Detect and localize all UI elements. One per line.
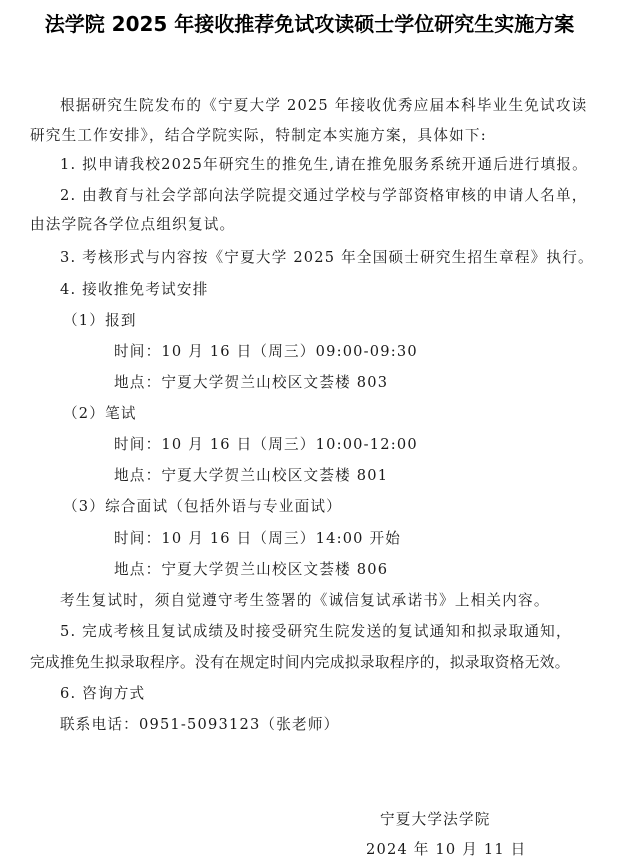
item-3: 3. 考核形式与内容按《宁夏大学 2025 年全国硕士研究生招生章程》执行。 [60,248,594,268]
item-2-line-2: 由法学院各学位点组织复试。 [30,215,235,235]
contact-phone: 联系电话：0951-5093123（张老师） [60,715,339,735]
page-title: 法学院 2025 年接收推荐免试攻读硕士学位研究生实施方案 [0,8,619,37]
item-5-line-1: 5. 完成考核且复试成绩及时接受研究生院发送的复试通知和拟录取通知， [60,622,572,642]
item-1: 1. 拟申请我校2025年研究生的推免生,请在推免服务系统开通后进行填报。 [60,155,588,175]
schedule-1-time: 时间：10 月 16 日（周三）09:00-09:30 [114,342,418,362]
intro-line-1: 根据研究生院发布的《宁夏大学 2025 年接收优秀应届本科毕业生免试攻读 [60,96,587,116]
item-5-line-2: 完成推免生拟录取程序。没有在规定时间内完成拟录取程序的，拟录取资格无效。 [30,653,570,673]
schedule-2-time: 时间：10 月 16 日（周三）10:00-12:00 [114,435,418,455]
item-6-heading: 6. 咨询方式 [60,684,145,704]
schedule-3-place: 地点：宁夏大学贺兰山校区文荟楼 806 [114,560,388,580]
schedule-2-place: 地点：宁夏大学贺兰山校区文荟楼 801 [114,466,388,486]
schedule-2-heading: （2）笔试 [63,404,137,424]
item-4-heading: 4. 接收推免考试安排 [60,280,209,300]
signature-date: 2024 年 10 月 11 日 [366,840,526,858]
schedule-3-time: 时间：10 月 16 日（周三）14:00 开始 [114,529,401,549]
schedule-3-heading: （3）综合面试（包括外语与专业面试） [63,497,342,517]
item-2-line-1: 2. 由教育与社会学部向法学院提交通过学校与学部资格审核的申请人名单， [60,186,588,206]
schedule-1-heading: （1）报到 [63,311,137,331]
signature-org: 宁夏大学法学院 [380,810,491,830]
integrity-note: 考生复试时，须自觉遵守考生签署的《诚信复试承诺书》上相关内容。 [60,591,550,611]
schedule-1-place: 地点：宁夏大学贺兰山校区文荟楼 803 [114,373,388,393]
intro-line-2: 研究生工作安排》，结合学院实际，特制定本实施方案，具体如下: [30,126,487,146]
